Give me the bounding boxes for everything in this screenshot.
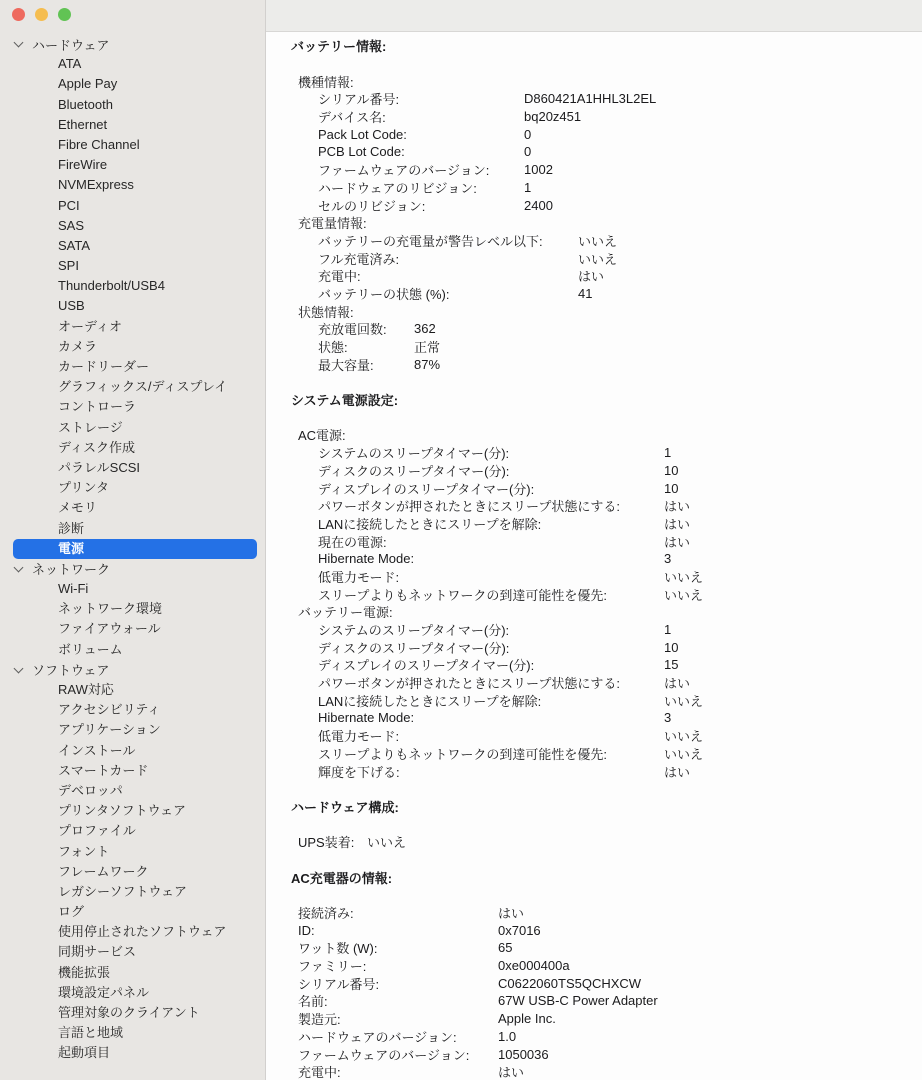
info-label: 充電中: <box>298 1062 498 1080</box>
info-row: フル充電済み:いいえ <box>291 249 922 267</box>
group-label-charge-information: 充電量情報: <box>291 214 922 232</box>
info-label: スリープよりもネットワークの到達可能性を優先: <box>318 744 664 763</box>
info-value: 1 <box>524 180 531 195</box>
group-label-model-information: 機種情報: <box>291 72 922 90</box>
info-label: UPS装着: <box>298 832 367 851</box>
sidebar-item-profiles[interactable]: プロファイル <box>0 821 265 841</box>
info-label: 低電力モード: <box>318 567 664 586</box>
info-label: デバイス名: <box>318 107 524 126</box>
system-information-window: ハードウェア ATA Apple Pay Bluetooth Ethernet … <box>0 0 922 1080</box>
info-label: 充放電回数: <box>318 319 414 338</box>
info-row: 最大容量:87% <box>291 355 922 373</box>
info-row: 輝度を下げる:はい <box>291 762 922 780</box>
info-label: ファミリー: <box>298 956 498 975</box>
info-value: 0xe000400a <box>498 958 570 973</box>
info-value: 67W USB-C Power Adapter <box>498 993 658 1008</box>
info-value: 0x7016 <box>498 923 541 938</box>
ups-installed-row: UPS装着:いいえ <box>291 833 922 851</box>
sidebar: ハードウェア ATA Apple Pay Bluetooth Ethernet … <box>0 0 266 1080</box>
sidebar-item-language-region[interactable]: 言語と地域 <box>0 1023 265 1043</box>
sidebar-section-network[interactable]: ネットワーク <box>0 559 265 579</box>
info-label: 製造元: <box>298 1009 498 1028</box>
zoom-button[interactable] <box>58 8 71 21</box>
info-row: ファミリー:0xe000400a <box>291 957 922 975</box>
info-value: bq20z451 <box>524 109 581 124</box>
sidebar-item-usb[interactable]: USB <box>0 296 265 316</box>
info-label: 低電力モード: <box>318 726 664 745</box>
sidebar-item-wifi[interactable]: Wi-Fi <box>0 579 265 599</box>
info-row: バッテリーの充電量が警告レベル以下:いいえ <box>291 232 922 250</box>
info-label: ディスプレイのスリープタイマー(分): <box>318 655 664 674</box>
info-value: 10 <box>664 463 678 478</box>
info-value: いいえ <box>664 691 703 710</box>
info-row: シリアル番号:D860421A1HHL3L2EL <box>291 90 922 108</box>
sidebar-section-label: ネットワーク <box>32 559 110 578</box>
sidebar-item-installations[interactable]: インストール <box>0 741 265 761</box>
sidebar-item-volumes[interactable]: ボリューム <box>0 640 265 660</box>
info-value: いいえ <box>664 567 703 586</box>
info-row: 充放電回数:362 <box>291 320 922 338</box>
info-value: 2400 <box>524 198 553 213</box>
info-value: はい <box>498 903 524 922</box>
info-row: 状態:正常 <box>291 338 922 356</box>
info-value: 1050036 <box>498 1047 549 1062</box>
window-controls <box>0 0 265 26</box>
sidebar-item-ethernet[interactable]: Ethernet <box>0 115 265 135</box>
power-report[interactable]: バッテリー情報: 機種情報: シリアル番号:D860421A1HHL3L2EL … <box>266 32 922 1080</box>
info-label: 名前: <box>298 991 498 1010</box>
info-row: ディスプレイのスリープタイマー(分):15 <box>291 656 922 674</box>
sidebar-item-spi[interactable]: SPI <box>0 256 265 276</box>
info-value: 65 <box>498 940 512 955</box>
info-value: いいえ <box>578 249 617 268</box>
info-row: スリープよりもネットワークの到達可能性を優先:いいえ <box>291 585 922 603</box>
info-label: システムのスリープタイマー(分): <box>318 620 664 639</box>
info-value: 87% <box>414 357 440 372</box>
sidebar-item-fibre-channel[interactable]: Fibre Channel <box>0 135 265 155</box>
chevron-down-icon[interactable] <box>14 38 24 48</box>
info-label: フル充電済み: <box>318 249 578 268</box>
sidebar-item-bluetooth[interactable]: Bluetooth <box>0 95 265 115</box>
info-row: ワット数 (W):65 <box>291 939 922 957</box>
info-label: パワーボタンが押されたときにスリープ状態にする: <box>318 496 664 515</box>
sidebar-item-preference-panes[interactable]: 環境設定パネル <box>0 983 265 1003</box>
sidebar-item-power[interactable]: 電源 <box>13 539 257 559</box>
info-label: 最大容量: <box>318 355 414 374</box>
info-row: パワーボタンが押されたときにスリープ状態にする:はい <box>291 497 922 515</box>
info-label: ハードウェアのバージョン: <box>298 1027 498 1046</box>
info-label: Hibernate Mode: <box>318 710 664 725</box>
info-row: PCB Lot Code:0 <box>291 143 922 161</box>
info-row: デバイス名:bq20z451 <box>291 108 922 126</box>
title-bar <box>266 0 922 32</box>
info-label: ファームウェアのバージョン: <box>318 160 524 179</box>
info-value: 3 <box>664 710 671 725</box>
sidebar-item-startup-items[interactable]: 起動項目 <box>0 1043 265 1063</box>
sidebar-item-disabled-software[interactable]: 使用停止されたソフトウェア <box>0 922 265 942</box>
sidebar-item-firewall[interactable]: ファイアウォール <box>0 619 265 639</box>
sidebar-item-sync-services[interactable]: 同期サービス <box>0 942 265 962</box>
info-row: シリアル番号:C0622060TS5QCHXCW <box>291 974 922 992</box>
info-row: システムのスリープタイマー(分):1 <box>291 621 922 639</box>
section-title-ac-charger-information: AC充電器の情報: <box>291 868 922 886</box>
info-value: いいえ <box>578 231 617 250</box>
info-row: ハードウェアのバージョン:1.0 <box>291 1028 922 1046</box>
info-label: 輝度を下げる: <box>318 762 664 781</box>
info-label: パワーボタンが押されたときにスリープ状態にする: <box>318 673 664 692</box>
info-label: セルのリビジョン: <box>318 196 524 215</box>
info-row: 低電力モード:いいえ <box>291 727 922 745</box>
sidebar-item-camera[interactable]: カメラ <box>0 337 265 357</box>
sidebar-item-printers[interactable]: プリンタ <box>0 478 265 498</box>
info-row: 充電中:はい <box>291 267 922 285</box>
info-value: 15 <box>664 657 678 672</box>
info-row: Hibernate Mode:3 <box>291 550 922 568</box>
section-title-hardware-configuration: ハードウェア構成: <box>291 798 922 816</box>
info-label: バッテリーの状態 (%): <box>318 284 578 303</box>
sidebar-item-memory[interactable]: メモリ <box>0 498 265 518</box>
info-value: 10 <box>664 481 678 496</box>
info-label: 状態: <box>318 337 414 356</box>
info-value: 1.0 <box>498 1029 516 1044</box>
detail-pane: バッテリー情報: 機種情報: シリアル番号:D860421A1HHL3L2EL … <box>266 0 922 1080</box>
info-value: 10 <box>664 640 678 655</box>
chevron-down-icon[interactable] <box>14 563 24 573</box>
info-label: ID: <box>298 923 498 938</box>
info-row: ハードウェアのリビジョン:1 <box>291 179 922 197</box>
close-button[interactable] <box>12 8 25 21</box>
sidebar-item-thunderbolt-usb4[interactable]: Thunderbolt/USB4 <box>0 276 265 296</box>
sidebar-item-frameworks[interactable]: フレームワーク <box>0 862 265 882</box>
sidebar-item-printer-software[interactable]: プリンタソフトウェア <box>0 801 265 821</box>
info-label: ワット数 (W): <box>298 938 498 957</box>
sidebar-section-software[interactable]: ソフトウェア <box>0 660 265 680</box>
info-value: 1002 <box>524 162 553 177</box>
info-value: 362 <box>414 321 436 336</box>
sidebar-item-developer[interactable]: デベロッパ <box>0 781 265 801</box>
sidebar-item-apple-pay[interactable]: Apple Pay <box>0 74 265 94</box>
info-label: Hibernate Mode: <box>318 551 664 566</box>
section-title-system-power-settings: システム電源設定: <box>291 391 922 409</box>
sidebar-item-firewire[interactable]: FireWire <box>0 155 265 175</box>
info-row: ディスクのスリープタイマー(分):10 <box>291 638 922 656</box>
info-row: システムのスリープタイマー(分):1 <box>291 444 922 462</box>
info-row: LANに接続したときにスリープを解除:はい <box>291 515 922 533</box>
info-label: ハードウェアのリビジョン: <box>318 178 524 197</box>
sidebar-section-label: ソフトウェア <box>32 660 109 679</box>
sidebar-item-graphics-displays[interactable]: グラフィックス/ディスプレイ <box>0 377 265 397</box>
info-value: はい <box>498 1062 524 1080</box>
info-label: LANに接続したときにスリープを解除: <box>318 691 664 710</box>
info-value: 0 <box>524 127 531 142</box>
info-label: システムのスリープタイマー(分): <box>318 443 664 462</box>
info-row: スリープよりもネットワークの到達可能性を優先:いいえ <box>291 745 922 763</box>
info-row: パワーボタンが押されたときにスリープ状態にする:はい <box>291 674 922 692</box>
sidebar-item-diagnostics[interactable]: 診断 <box>0 519 265 539</box>
info-row: ディスプレイのスリープタイマー(分):10 <box>291 479 922 497</box>
group-label-health-information: 状態情報: <box>291 302 922 320</box>
sidebar-item-logs[interactable]: ログ <box>0 902 265 922</box>
info-value: 正常 <box>414 337 440 356</box>
info-value: D860421A1HHL3L2EL <box>524 91 656 106</box>
info-label: ファームウェアのバージョン: <box>298 1045 498 1064</box>
sidebar-section-label: ハードウェア <box>32 35 109 54</box>
category-tree: ハードウェア ATA Apple Pay Bluetooth Ethernet … <box>0 26 265 1064</box>
info-row: ファームウェアのバージョン:1050036 <box>291 1045 922 1063</box>
info-value: 1 <box>664 622 671 637</box>
sidebar-item-ata[interactable]: ATA <box>0 54 265 74</box>
sidebar-item-extensions[interactable]: 機能拡張 <box>0 963 265 983</box>
section-title-battery-information: バッテリー情報: <box>291 37 922 55</box>
info-value: はい <box>664 762 690 781</box>
info-row: セルのリビジョン:2400 <box>291 196 922 214</box>
info-value: いいえ <box>664 744 703 763</box>
info-label: ディスプレイのスリープタイマー(分): <box>318 479 664 498</box>
info-value: C0622060TS5QCHXCW <box>498 976 641 991</box>
group-label-ac-power: AC電源: <box>291 426 922 444</box>
info-value: いいえ <box>664 726 703 745</box>
info-value: はい <box>664 496 690 515</box>
sidebar-item-fonts[interactable]: フォント <box>0 842 265 862</box>
info-value: はい <box>578 266 604 285</box>
sidebar-item-disc-burning[interactable]: ディスク作成 <box>0 438 265 458</box>
info-label: 接続済み: <box>298 903 498 922</box>
info-row: Pack Lot Code:0 <box>291 125 922 143</box>
info-row: 名前:67W USB-C Power Adapter <box>291 992 922 1010</box>
info-row: ファームウェアのバージョン:1002 <box>291 161 922 179</box>
sidebar-item-accessibility[interactable]: アクセシビリティ <box>0 700 265 720</box>
info-label: スリープよりもネットワークの到達可能性を優先: <box>318 585 664 604</box>
info-row: Hibernate Mode:3 <box>291 709 922 727</box>
chevron-down-icon[interactable] <box>14 663 24 673</box>
info-row: 現在の電源:はい <box>291 532 922 550</box>
info-label: シリアル番号: <box>318 89 524 108</box>
info-label: LANに接続したときにスリープを解除: <box>318 514 664 533</box>
sidebar-item-parallel-scsi[interactable]: パラレルSCSI <box>0 458 265 478</box>
sidebar-item-audio[interactable]: オーディオ <box>0 317 265 337</box>
info-value: 41 <box>578 286 592 301</box>
sidebar-item-pci[interactable]: PCI <box>0 196 265 216</box>
sidebar-item-network-locations[interactable]: ネットワーク環境 <box>0 599 265 619</box>
info-row: 製造元:Apple Inc. <box>291 1010 922 1028</box>
info-value: はい <box>664 532 690 551</box>
minimize-button[interactable] <box>35 8 48 21</box>
sidebar-item-legacy-software[interactable]: レガシーソフトウェア <box>0 882 265 902</box>
group-label-battery-power: バッテリー電源: <box>291 603 922 621</box>
info-row: 充電中:はい <box>291 1063 922 1080</box>
info-label: シリアル番号: <box>298 974 498 993</box>
sidebar-item-raw-support[interactable]: RAW対応 <box>0 680 265 700</box>
info-row: 接続済み:はい <box>291 904 922 922</box>
sidebar-section-hardware[interactable]: ハードウェア <box>0 34 265 54</box>
info-label: ディスクのスリープタイマー(分): <box>318 461 664 480</box>
info-label: 充電中: <box>318 266 578 285</box>
sidebar-item-card-reader[interactable]: カードリーダー <box>0 357 265 377</box>
info-label: PCB Lot Code: <box>318 144 524 159</box>
info-value: いいえ <box>367 832 406 851</box>
sidebar-item-storage[interactable]: ストレージ <box>0 418 265 438</box>
sidebar-item-smart-cards[interactable]: スマートカード <box>0 761 265 781</box>
info-value: はい <box>664 514 690 533</box>
info-row: 低電力モード:いいえ <box>291 568 922 586</box>
info-value: Apple Inc. <box>498 1011 556 1026</box>
sidebar-item-controller[interactable]: コントローラ <box>0 397 265 417</box>
sidebar-item-nvmexpress[interactable]: NVMExpress <box>0 175 265 195</box>
sidebar-item-sas[interactable]: SAS <box>0 216 265 236</box>
sidebar-item-applications[interactable]: アプリケーション <box>0 720 265 740</box>
info-label: ディスクのスリープタイマー(分): <box>318 638 664 657</box>
sidebar-item-managed-client[interactable]: 管理対象のクライアント <box>0 1003 265 1023</box>
info-row: ID:0x7016 <box>291 921 922 939</box>
info-row: ディスクのスリープタイマー(分):10 <box>291 462 922 480</box>
info-row: LANに接続したときにスリープを解除:いいえ <box>291 691 922 709</box>
info-label: Pack Lot Code: <box>318 127 524 142</box>
info-value: はい <box>664 673 690 692</box>
info-label: 現在の電源: <box>318 532 664 551</box>
info-row: バッテリーの状態 (%):41 <box>291 285 922 303</box>
sidebar-item-sata[interactable]: SATA <box>0 236 265 256</box>
info-value: 1 <box>664 445 671 460</box>
info-value: 3 <box>664 551 671 566</box>
info-value: 0 <box>524 144 531 159</box>
info-label: バッテリーの充電量が警告レベル以下: <box>318 231 578 250</box>
info-value: いいえ <box>664 585 703 604</box>
